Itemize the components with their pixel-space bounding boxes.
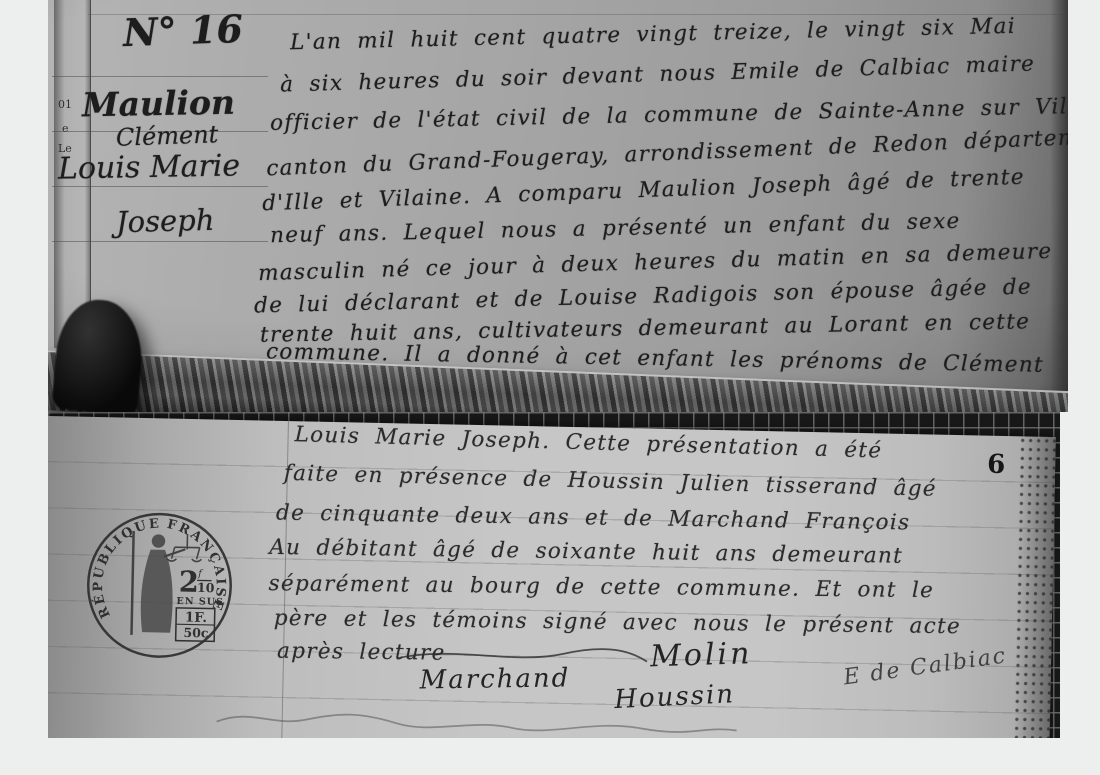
- page1-line-2: à six heures du soir devant nous Emile d…: [280, 51, 1036, 97]
- staff: [131, 531, 133, 635]
- signature-houssin: Houssin: [614, 679, 736, 715]
- page2-line-2: faite en présence de Houssin Julien tiss…: [284, 461, 938, 502]
- act-number: N° 16: [122, 6, 243, 55]
- denom-sur: f: [197, 569, 203, 580]
- page-curl-shadow: [1050, 0, 1068, 412]
- page2-line-5: séparément au bourg de cette commune. Et…: [268, 571, 934, 603]
- figure-head: [152, 534, 166, 548]
- margin-middle-names: Louis Marie: [58, 148, 241, 186]
- figure-robe: [140, 549, 173, 632]
- page2-line-3: de cinquante deux ans et de Marchand Fra…: [276, 500, 911, 535]
- page-edge-texture: [1013, 436, 1056, 738]
- register-scan: 01 e Le N° 16 Maulion Clément Louis Mari…: [0, 0, 1100, 775]
- printed-page-number: 6: [987, 450, 1006, 480]
- page2-line-6: père et les témoins signé avec nous le p…: [274, 606, 961, 639]
- margin-lastname: Joseph: [116, 203, 215, 240]
- photo-top-page: 01 e Le N° 16 Maulion Clément Louis Mari…: [48, 0, 1068, 412]
- denom-ensus: EN SUS: [176, 596, 224, 608]
- denom-ten: 10: [197, 580, 215, 595]
- margin-surname: Maulion: [82, 83, 236, 125]
- page1-line-1: L'an mil huit cent quatre vingt treize, …: [290, 14, 1016, 55]
- page1-line-6: neuf ans. Lequel nous a présenté un enfa…: [270, 209, 961, 248]
- signature-marchand: Marchand: [419, 663, 570, 695]
- margin-firstname: Clément: [116, 120, 219, 152]
- denom-cent: 50c: [183, 625, 209, 641]
- page2-line-1: Louis Marie Joseph. Cette présentation a…: [294, 422, 882, 463]
- denom-franc: 1F.: [185, 610, 208, 626]
- register-page-2: 6 Louis Marie Joseph. Cette présentation…: [48, 416, 1056, 738]
- signature-molin: Molin: [650, 636, 753, 674]
- fiscal-stamp: RÉPUBLIQUE FRANÇAISE: [81, 507, 238, 664]
- photo-bottom-page: 6 Louis Marie Joseph. Cette présentation…: [48, 412, 1060, 738]
- signature-de-calbiac: E de Calbiac: [842, 643, 1009, 690]
- page2-line-4: Au débitant âgé de soixante huit ans dem…: [269, 535, 903, 569]
